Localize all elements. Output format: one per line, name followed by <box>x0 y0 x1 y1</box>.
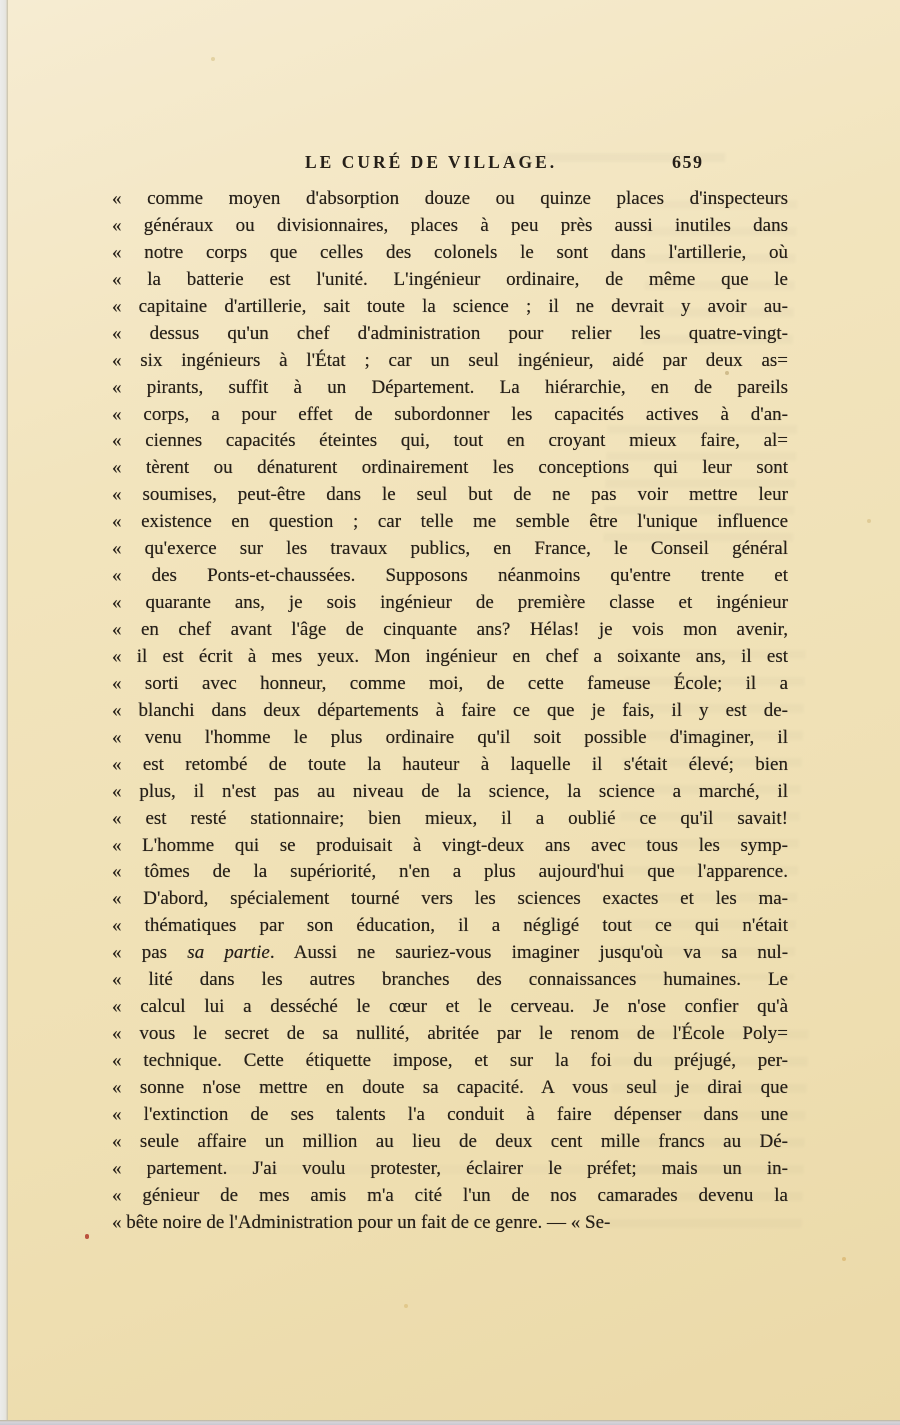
text-line: « lité dans les autres branches des conn… <box>112 967 788 994</box>
red-ink-speck <box>85 1234 89 1239</box>
scan-edge-left <box>0 0 8 1425</box>
text-segment: « pas <box>112 942 167 963</box>
text-line: « plus, il n'est pas au niveau de la sci… <box>112 779 788 806</box>
scan-edge-bottom <box>0 1420 900 1425</box>
italic-text-segment: sa partie <box>187 942 270 963</box>
text-line: « six ingénieurs à l'État ; car un seul … <box>112 348 788 375</box>
text-line-with-italic: « pas sa partie. Aussi ne sauriez-vous i… <box>112 940 788 967</box>
text-line: « bête noire de l'Administration pour un… <box>112 1210 788 1237</box>
text-line: « technique. Cette étiquette impose, et … <box>112 1048 788 1075</box>
text-line: « capitaine d'artillerie, sait toute la … <box>112 294 788 321</box>
text-line: « sorti avec honneur, comme moi, de cett… <box>112 671 788 698</box>
text-line: « tômes de la supériorité, n'en a plus a… <box>112 859 788 886</box>
text-line: « existence en question ; car telle me s… <box>112 509 788 536</box>
book-page-scan: LE CURÉ DE VILLAGE. 659 « comme moyen d'… <box>0 0 900 1425</box>
text-line: « soumises, peut-être dans le seul but d… <box>112 482 788 509</box>
page-header: LE CURÉ DE VILLAGE. 659 <box>112 152 788 180</box>
text-line: « la batterie est l'unité. L'ingénieur o… <box>112 267 788 294</box>
text-line: « comme moyen d'absorption douze ou quin… <box>112 186 788 213</box>
text-line: « venu l'homme le plus ordinaire qu'il s… <box>112 725 788 752</box>
text-line: « généraux ou divisionnaires, places à p… <box>112 213 788 240</box>
text-line: « blanchi dans deux départements à faire… <box>112 698 788 725</box>
text-line: « en chef avant l'âge de cinquante ans? … <box>112 617 788 644</box>
text-line: « partement. J'ai voulu protester, éclai… <box>112 1156 788 1183</box>
text-line: « notre corps que celles des colonels le… <box>112 240 788 267</box>
text-block: « comme moyen d'absorption douze ou quin… <box>112 186 788 1237</box>
page-number: 659 <box>672 152 704 173</box>
text-line: « génieur de mes amis m'a cité l'un de n… <box>112 1183 788 1210</box>
text-line: « tèrent ou dénaturent ordinairement les… <box>112 455 788 482</box>
text-line: « thématiques par son éducation, il a né… <box>112 913 788 940</box>
text-line: « des Ponts-et-chaussées. Supposons néan… <box>112 563 788 590</box>
text-line: « calcul lui a desséché le cœur et le ce… <box>112 994 788 1021</box>
text-line: « pirants, suffit à un Département. La h… <box>112 375 788 402</box>
text-segment: . Aussi ne sauriez-vous imaginer jusqu'o… <box>270 942 788 963</box>
text-line: « ciennes capacités éteintes qui, tout e… <box>112 428 788 455</box>
text-line: « est resté stationnaire; bien mieux, il… <box>112 806 788 833</box>
text-line: « vous le secret de sa nullité, abritée … <box>112 1021 788 1048</box>
text-line: « l'extinction de ses talents l'a condui… <box>112 1102 788 1129</box>
text-line: « qu'exerce sur les travaux publics, en … <box>112 536 788 563</box>
text-line: « quarante ans, je sois ingénieur de pre… <box>112 590 788 617</box>
running-title: LE CURÉ DE VILLAGE. <box>305 152 557 173</box>
text-line: « sonne n'ose mettre en doute sa capacit… <box>112 1075 788 1102</box>
text-line: « seule affaire un million au lieu de de… <box>112 1129 788 1156</box>
text-line: « D'abord, spécialement tourné vers les … <box>112 886 788 913</box>
text-line: « dessus qu'un chef d'administration pou… <box>112 321 788 348</box>
text-line: « L'homme qui se produisait à vingt-deux… <box>112 833 788 860</box>
text-line: « il est écrit à mes yeux. Mon ingénieur… <box>112 644 788 671</box>
text-line: « est retombé de toute la hauteur à laqu… <box>112 752 788 779</box>
text-line: « corps, a pour effet de subordonner les… <box>112 402 788 429</box>
